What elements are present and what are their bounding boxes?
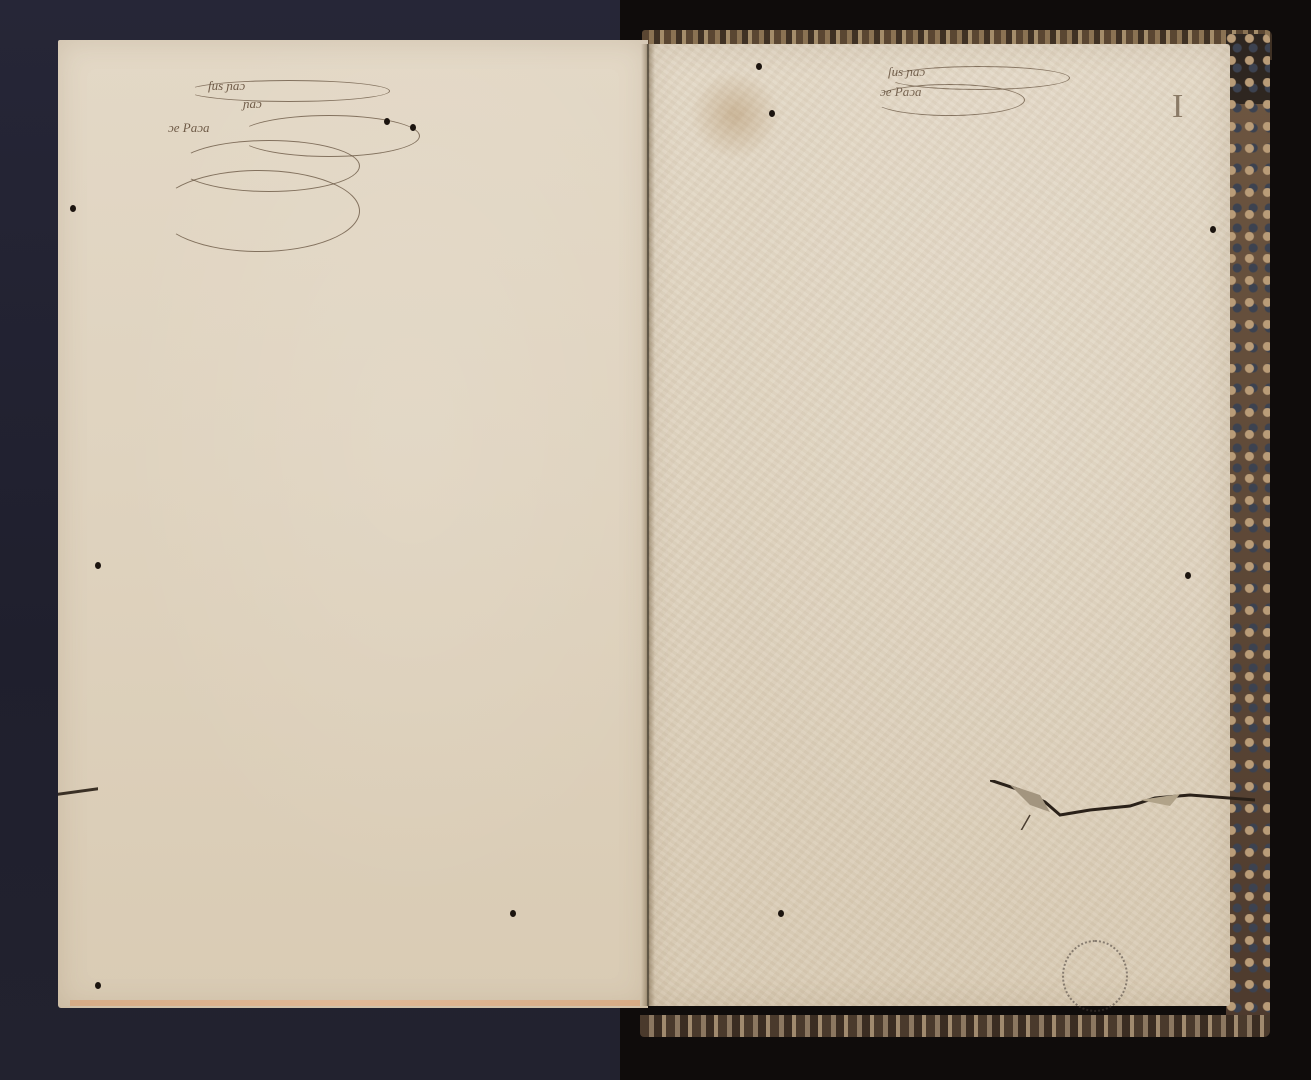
left-page: ſus ɲaɔ ɲaɔ ɔe Paɔa [58,40,648,1008]
signature-flourish [158,170,360,252]
right-page-tear [990,780,1255,830]
book-cover-bottom-edge [640,1015,1270,1037]
folio-number: I [1172,88,1183,126]
signature-flourish [873,84,1025,116]
worm-hole [95,562,101,569]
worm-hole [756,63,762,70]
right-page: ſus ɲaɔ ɔe Paɔa [648,44,1230,1006]
worm-hole [1185,572,1191,579]
library-stamp [1062,940,1128,1012]
worm-hole [778,910,784,917]
book-spine-gutter [641,44,655,1006]
right-signature-line-2: ɔe Paɔa [880,84,922,100]
book-cover-marbled-edge [1226,34,1270,1034]
worm-hole [769,110,775,117]
worm-hole [95,982,101,989]
worm-hole [70,205,76,212]
worm-hole [410,124,416,131]
left-signature-line-3: ɔe Paɔa [168,120,210,136]
water-stain [690,70,780,160]
signature-flourish [888,66,1070,90]
worm-hole [1210,226,1216,233]
page-edge-discoloration [70,1000,640,1006]
worm-hole [384,118,390,125]
worm-hole [510,910,516,917]
signature-flourish [188,80,390,102]
right-signature-line-1: ſus ɲaɔ [888,64,925,80]
